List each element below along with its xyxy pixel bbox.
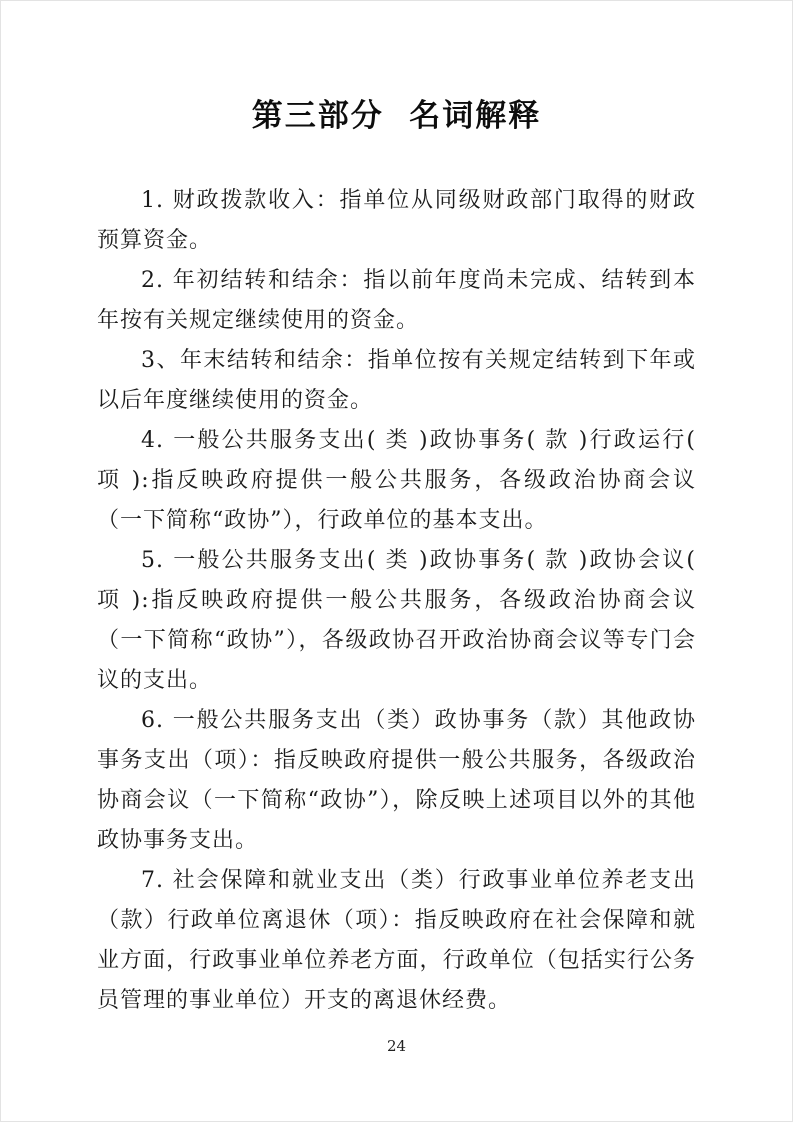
document-page: 第三部分 名词解释 1. 财政拨款收入：指单位从同级财政部门取得的财政预算资金。… [0, 0, 793, 1122]
paragraph-3: 3、年末结转和结余：指单位按有关规定结转到下年或以后年度继续使用的资金。 [97, 341, 696, 421]
paragraph-5: 5. 一般公共服务支出( 类 )政协事务( 款 )政协会议( 项 ):指反映政府… [97, 541, 696, 701]
page-title: 第三部分 名词解释 [97, 1, 696, 137]
paragraph-4: 4. 一般公共服务支出( 类 )政协事务( 款 )行政运行( 项 ):指反映政府… [97, 421, 696, 541]
page-number: 24 [97, 1037, 696, 1055]
paragraph-6: 6. 一般公共服务支出（类）政协事务（款）其他政协事务支出（项）：指反映政府提供… [97, 701, 696, 861]
paragraph-7: 7. 社会保障和就业支出（类）行政事业单位养老支出（款）行政单位离退休（项）：指… [97, 861, 696, 1021]
paragraph-1: 1. 财政拨款收入：指单位从同级财政部门取得的财政预算资金。 [97, 181, 696, 261]
document-body: 1. 财政拨款收入：指单位从同级财政部门取得的财政预算资金。 2. 年初结转和结… [97, 181, 696, 1021]
paragraph-2: 2. 年初结转和结余：指以前年度尚未完成、结转到本年按有关规定继续使用的资金。 [97, 261, 696, 341]
